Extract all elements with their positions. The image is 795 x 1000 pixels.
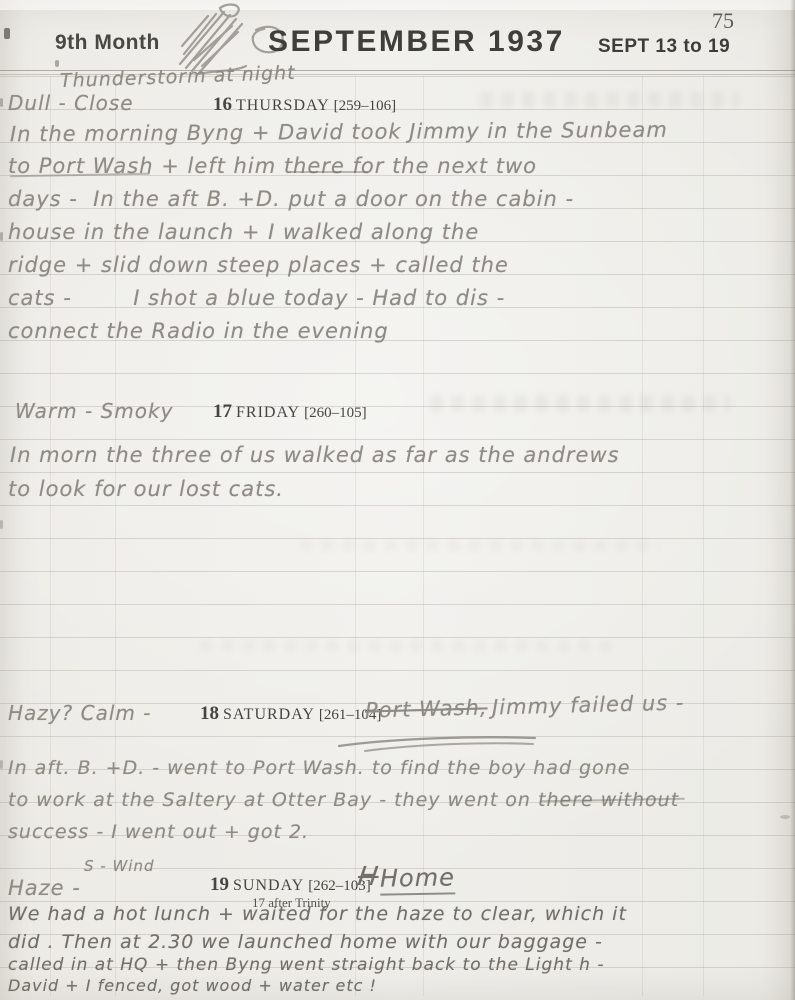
entry-headline-struck: Port Wash,: [365, 695, 488, 722]
entry-line: house in the launch + I walked along the: [8, 220, 479, 244]
scan-speck: [55, 60, 59, 67]
scan-right-edge: [790, 0, 795, 1000]
entry-headline: Home: [380, 863, 455, 895]
day-number: 16: [213, 94, 232, 115]
scan-speck: [0, 232, 3, 241]
page-title: SEPTEMBER 1937: [268, 25, 565, 59]
entry-line: to work at the Saltery at Otter Bay - th…: [8, 789, 679, 811]
day-name: THURSDAY: [236, 97, 330, 114]
scan-top-edge: [0, 0, 795, 10]
bleed-vertical-line: [50, 76, 51, 996]
weather-note: Dull - Close: [8, 91, 134, 115]
bleed-through-text: [480, 92, 740, 107]
month-label: 9th Month: [55, 31, 160, 55]
bleed-vertical-line: [642, 76, 643, 996]
scan-speck: [4, 28, 10, 39]
entry-line: cats - I shot a blue today - Had to dis …: [8, 286, 505, 310]
entry-line: In the morning Byng + David took Jimmy i…: [10, 118, 668, 147]
day-number: 19: [210, 874, 229, 895]
entry-headline: Jimmy failed us -: [492, 690, 685, 719]
weather-note: Haze -: [8, 876, 81, 900]
bleed-through-text: [430, 395, 730, 412]
day-name: SATURDAY: [223, 706, 315, 723]
entry-line: called in at HQ + then Byng went straigh…: [8, 955, 604, 975]
entry-line: David + I fenced, got wood + water etc !: [8, 976, 377, 995]
double-underline: [337, 732, 537, 752]
day-code: [260–105]: [304, 405, 367, 421]
printed-day-heading: 17 FRIDAY [260–105]: [213, 401, 367, 423]
scan-speck: [780, 815, 790, 819]
scan-speck: [0, 98, 3, 107]
entry-line: days - In the aft B. +D. put a door on t…: [8, 187, 574, 211]
printed-day-heading: 19 SUNDAY [262–103]: [210, 874, 371, 896]
page-number: 75: [712, 8, 734, 34]
scan-speck: [0, 520, 3, 529]
day-number: 17: [213, 401, 232, 422]
bleed-vertical-line: [423, 76, 424, 996]
day-code: [259–106]: [334, 98, 397, 114]
day-name: FRIDAY: [236, 404, 300, 421]
weather-note: Warm - Smoky: [15, 399, 173, 423]
weather-note: Hazy? Calm -: [8, 701, 151, 725]
printed-day-heading: 16 THURSDAY [259–106]: [213, 94, 396, 116]
bleed-through-text: [300, 540, 660, 551]
top-weather-note: Thunderstorm at night: [60, 62, 296, 92]
entry-line: In aft. B. +D. - went to Port Wash. to f…: [8, 757, 630, 779]
entry-line: We had a hot lunch + waited for the haze…: [8, 903, 627, 925]
diary-page-scan: 9th Month SEPTEMBER 1937 SEPT 13 to 19 7…: [0, 0, 795, 1000]
bleed-through-text: [200, 640, 620, 652]
crossed-out-letter: H: [356, 862, 381, 892]
day-number: 18: [200, 703, 219, 724]
entry-line: ridge + slid down steep places + called …: [8, 253, 509, 277]
entry-line: to Port Wash + left him there for the ne…: [8, 154, 537, 178]
bleed-vertical-line: [703, 76, 704, 996]
entry-line: connect the Radio in the evening: [8, 319, 389, 343]
entry-line: to look for our lost cats.: [8, 477, 284, 501]
printed-day-heading: 18 SATURDAY [261–104]: [200, 703, 381, 725]
entry-line: did . Then at 2.30 we launched home with…: [8, 931, 603, 953]
entry-line: success - I went out + got 2.: [8, 821, 309, 843]
wind-note: S - Wind: [84, 857, 155, 875]
scan-speck: [0, 760, 3, 769]
bleed-vertical-line: [355, 76, 356, 996]
entry-line: In morn the three of us walked as far as…: [10, 443, 620, 467]
day-name: SUNDAY: [233, 877, 304, 894]
date-range: SEPT 13 to 19: [598, 36, 730, 58]
